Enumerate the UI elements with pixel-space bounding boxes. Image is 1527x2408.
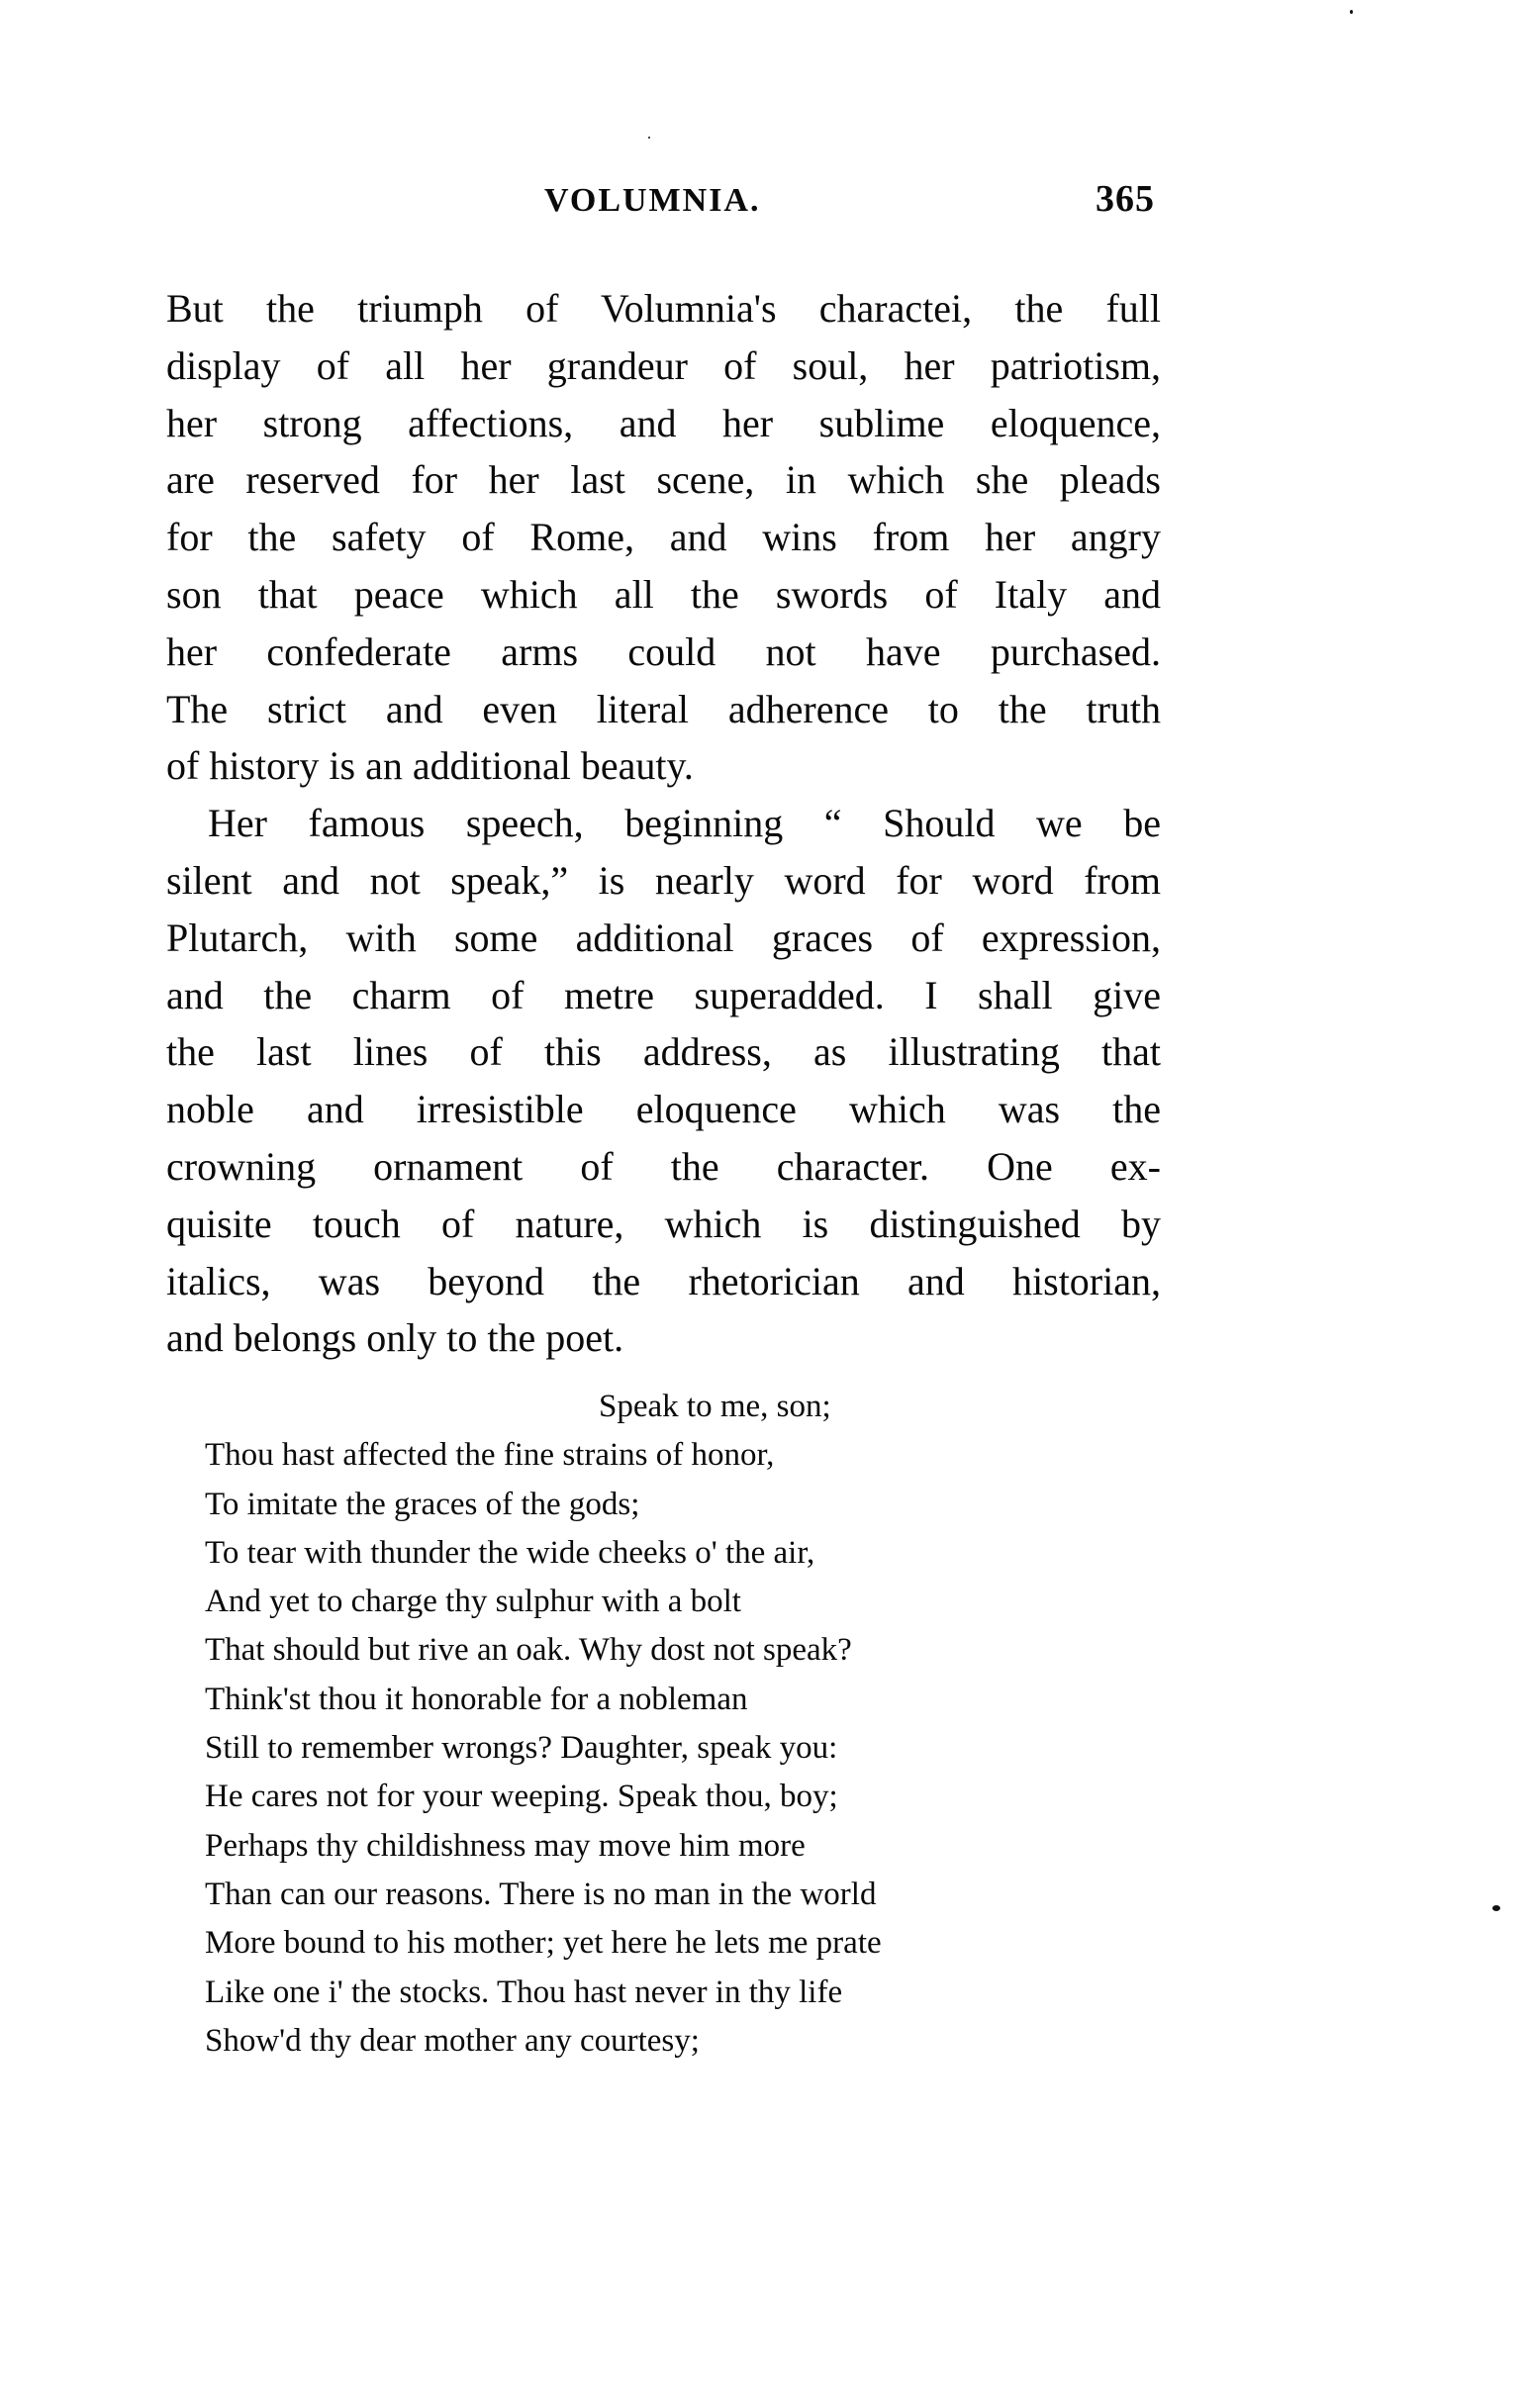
text-line: her strong affections, and her sublime e… bbox=[166, 395, 1161, 452]
text-line: are reserved for her last scene, in whic… bbox=[166, 451, 1161, 509]
text-line: crowning ornament of the character. One … bbox=[166, 1138, 1161, 1196]
verse-line: And yet to charge thy sulphur with a bol… bbox=[205, 1578, 1175, 1626]
paragraph-1: But the triumph of Volumnia's charactei,… bbox=[166, 280, 1161, 795]
verse-quotation: Speak to me, son; Thou hast affected the… bbox=[205, 1383, 1175, 2066]
text-line: The strict and even literal adherence to… bbox=[166, 681, 1161, 738]
prose-body: But the triumph of Volumnia's charactei,… bbox=[166, 280, 1161, 1367]
text-line: italics, was beyond the rhetorician and … bbox=[166, 1253, 1161, 1310]
verse-line: Than can our reasons. There is no man in… bbox=[205, 1871, 1175, 1919]
text-line: Her famous speech, beginning “ Should we… bbox=[166, 795, 1161, 852]
text-line: quisite touch of nature, which is distin… bbox=[166, 1196, 1161, 1253]
page-number: 365 bbox=[1096, 179, 1155, 219]
verse-line: Perhaps thy childishness may move him mo… bbox=[205, 1822, 1175, 1871]
text-line: silent and not speak,” is nearly word fo… bbox=[166, 852, 1161, 910]
book-page: VOLUMNIA. 365 But the triumph of Volumni… bbox=[0, 0, 1527, 2408]
verse-line: That should but rive an oak. Why dost no… bbox=[205, 1626, 1175, 1675]
text-line: and the charm of metre superadded. I sha… bbox=[166, 967, 1161, 1024]
running-title: VOLUMNIA. bbox=[544, 181, 760, 221]
text-line: for the safety of Rome, and wins from he… bbox=[166, 509, 1161, 566]
text-line: son that peace which all the swords of I… bbox=[166, 566, 1161, 624]
scan-speck bbox=[1350, 10, 1353, 14]
scan-speck bbox=[1492, 1905, 1500, 1911]
verse-line: To imitate the graces of the gods; bbox=[205, 1481, 1175, 1529]
text-line: noble and irresistible eloquence which w… bbox=[166, 1081, 1161, 1138]
text-line: the last lines of this address, as illus… bbox=[166, 1023, 1161, 1081]
text-line: of history is an additional beauty. bbox=[166, 737, 1161, 795]
verse-line: Thou hast affected the fine strains of h… bbox=[205, 1431, 1175, 1480]
verse-line: Like one i' the stocks. Thou hast never … bbox=[205, 1969, 1175, 2017]
verse-line: To tear with thunder the wide cheeks o' … bbox=[205, 1529, 1175, 1578]
verse-line: Speak to me, son; bbox=[205, 1383, 1175, 1431]
text-line: and belongs only to the poet. bbox=[166, 1309, 1161, 1367]
verse-line: Show'd thy dear mother any courtesy; bbox=[205, 2017, 1175, 2066]
text-line: her confederate arms could not have purc… bbox=[166, 624, 1161, 681]
verse-line: Still to remember wrongs? Daughter, spea… bbox=[205, 1724, 1175, 1773]
running-header: VOLUMNIA. 365 bbox=[166, 181, 1161, 221]
paragraph-2: Her famous speech, beginning “ Should we… bbox=[166, 795, 1161, 1367]
verse-line: More bound to his mother; yet here he le… bbox=[205, 1919, 1175, 1968]
verse-line: Think'st thou it honorable for a noblema… bbox=[205, 1676, 1175, 1724]
text-line: But the triumph of Volumnia's charactei,… bbox=[166, 280, 1161, 337]
verse-line: He cares not for your weeping. Speak tho… bbox=[205, 1773, 1175, 1821]
scan-speck bbox=[648, 137, 650, 139]
text-line: display of all her grandeur of soul, her… bbox=[166, 337, 1161, 395]
text-line: Plutarch, with some additional graces of… bbox=[166, 910, 1161, 967]
